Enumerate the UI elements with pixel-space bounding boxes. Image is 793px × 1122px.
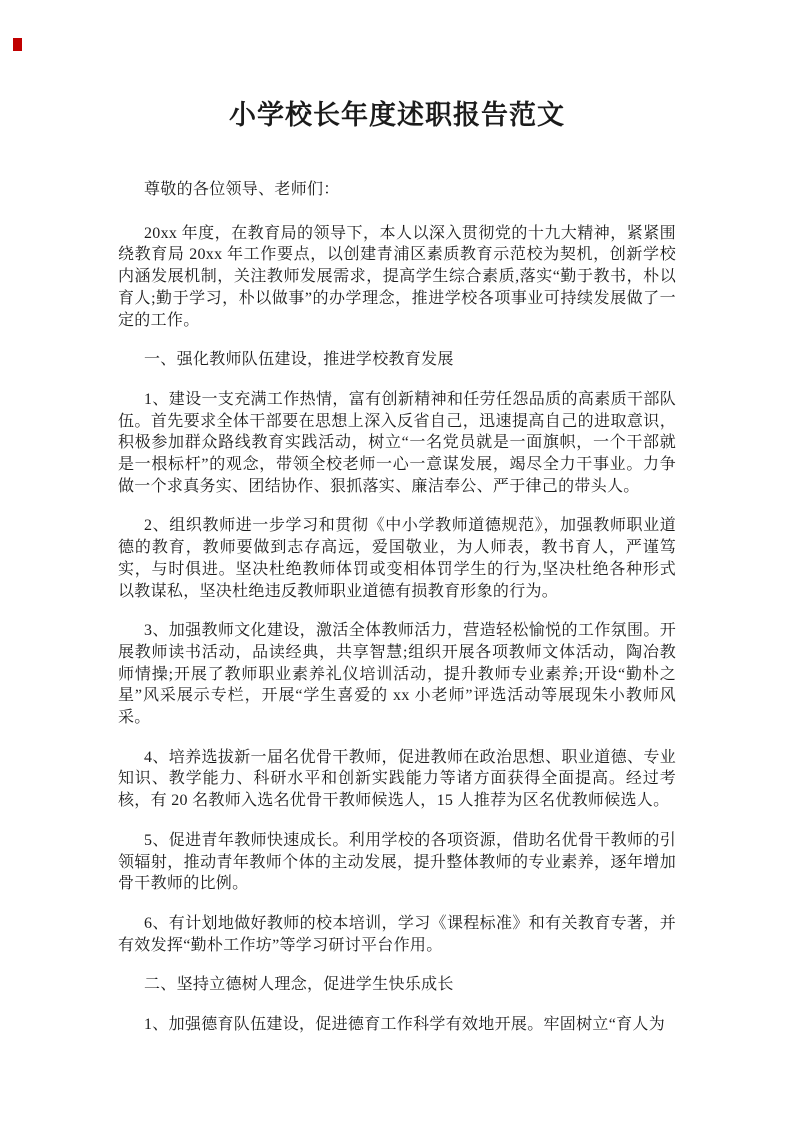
broken-image-icon xyxy=(13,38,22,51)
document-paragraph: 4、培养选拔新一届名优骨干教师，促进教师在政治思想、职业道德、专业知识、教学能力… xyxy=(118,747,676,812)
document-paragraph: 5、促进青年教师快速成长。利用学校的各项资源，借助名优骨干教师的引领辐射，推动青… xyxy=(118,830,676,895)
document-paragraph: 6、有计划地做好教师的校本培训，学习《课程标准》和有关教育专著，并有效发挥“勤朴… xyxy=(118,913,676,956)
greeting-line: 尊敬的各位领导、老师们： xyxy=(118,179,676,201)
section-heading: 二、坚持立德树人理念，促进学生快乐成长 xyxy=(118,974,676,996)
document-body: 尊敬的各位领导、老师们：20xx 年度，在教育局的领导下，本人以深入贯彻党的十九… xyxy=(118,179,676,1036)
document-page: 小学校长年度述职报告范文 尊敬的各位领导、老师们：20xx 年度，在教育局的领导… xyxy=(0,0,793,1122)
document-content: 小学校长年度述职报告范文 尊敬的各位领导、老师们：20xx 年度，在教育局的领导… xyxy=(118,98,676,1054)
document-paragraph: 3、加强教师文化建设，激活全体教师活力，营造轻松愉悦的工作氛围。开展教师读书活动… xyxy=(118,620,676,729)
document-title: 小学校长年度述职报告范文 xyxy=(118,98,676,132)
document-paragraph: 2、组织教师进一步学习和贯彻《中小学教师道德规范》，加强教师职业道德的教育，教师… xyxy=(118,515,676,602)
section-heading: 一、强化教师队伍建设，推进学校教育发展 xyxy=(118,349,676,371)
document-paragraph: 1、加强德育队伍建设，促进德育工作科学有效地开展。牢固树立“育人为 xyxy=(118,1014,676,1036)
document-paragraph: 1、建设一支充满工作热情，富有创新精神和任劳任怨品质的高素质干部队伍。首先要求全… xyxy=(118,389,676,498)
document-paragraph: 20xx 年度，在教育局的领导下，本人以深入贯彻党的十九大精神，紧紧围绕教育局 … xyxy=(118,223,676,332)
